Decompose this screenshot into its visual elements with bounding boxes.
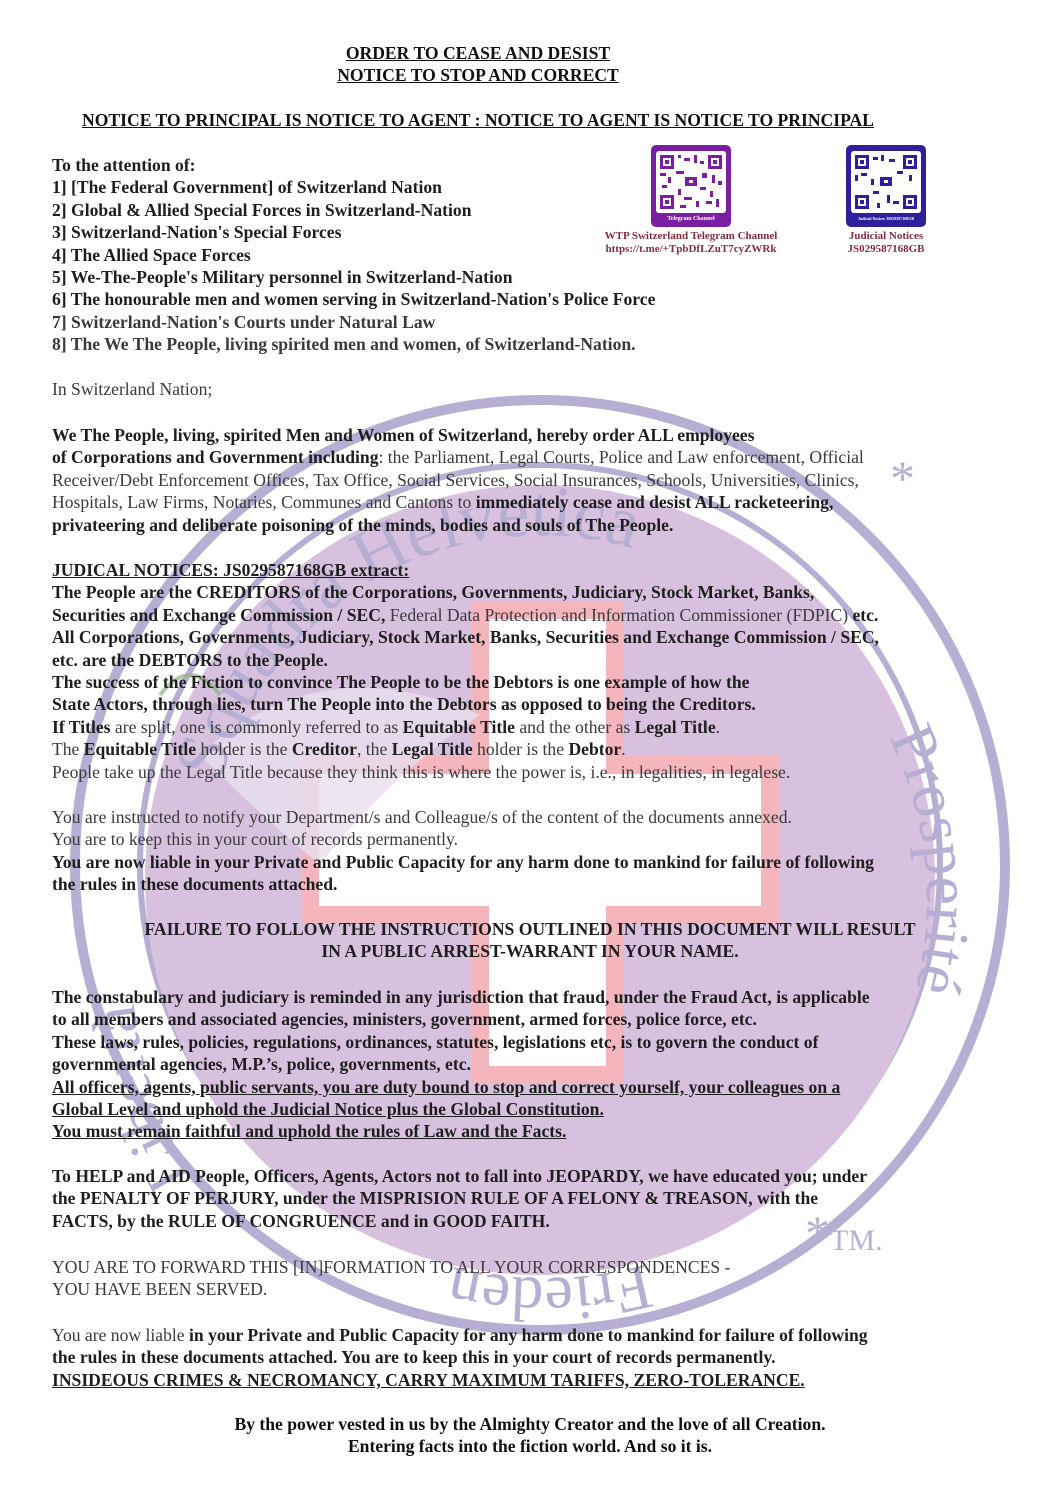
qr-judicial-block[interactable]: Judicial Notices JS029587168GB Judicial … [830, 145, 942, 256]
telegram-channel-link[interactable]: WTP Switzerland Telegram Channel https:/… [586, 230, 796, 256]
judicial-notices-section: JUDICAL NOTICES: JS029587168GB extract: … [52, 559, 1002, 783]
order-paragraph: We The People, living, spirited Men and … [52, 424, 1002, 536]
document-title: ORDER TO CEASE AND DESIST NOTICE TO STOP… [0, 42, 956, 87]
list-item: 6] The honourable men and women serving … [52, 288, 1002, 310]
qr-code-icon[interactable]: Telegram Channel [651, 145, 731, 227]
judicial-notices-heading: JUDICAL NOTICES: JS029587168GB extract: [52, 559, 1002, 581]
document-page: Squadra Helvetica Prosperité Frieden Lib… [0, 0, 1058, 1497]
zero-tolerance-line: INSIDEOUS CRIMES & NECROMANCY, CARRY MAX… [52, 1369, 1002, 1391]
arrest-warrant-warning: FAILURE TO FOLLOW THE INSTRUCTIONS OUTLI… [52, 918, 1008, 963]
closing-statement: By the power vested in us by the Almight… [52, 1413, 1008, 1458]
list-item: 7] Switzerland-Nation's Courts under Nat… [52, 311, 1002, 333]
judicial-notices-label: Judicial Notices JS029587168GB [830, 230, 942, 256]
list-item: 5] We-The-People's Military personnel in… [52, 266, 1002, 288]
location-line: In Switzerland Nation; [52, 378, 1002, 400]
list-item: 8] The We The People, living spirited me… [52, 333, 1002, 355]
qr-telegram-block[interactable]: Telegram Channel WTP Switzerland Telegra… [586, 145, 796, 256]
qr-code-icon[interactable]: Judicial Notices JS029587168GB [846, 145, 926, 227]
instructions-paragraph: You are instructed to notify your Depart… [52, 806, 1002, 896]
liability-paragraph: You are now liable in your Private and P… [52, 1324, 1002, 1391]
forward-paragraph: YOU ARE TO FORWARD THIS [IN]FORMATION TO… [52, 1256, 1002, 1301]
help-paragraph: To HELP and AID People, Officers, Agents… [52, 1165, 1002, 1232]
constabulary-paragraph: The constabulary and judiciary is remind… [52, 986, 1002, 1143]
principal-agent-notice: NOTICE TO PRINCIPAL IS NOTICE TO AGENT :… [0, 109, 956, 131]
